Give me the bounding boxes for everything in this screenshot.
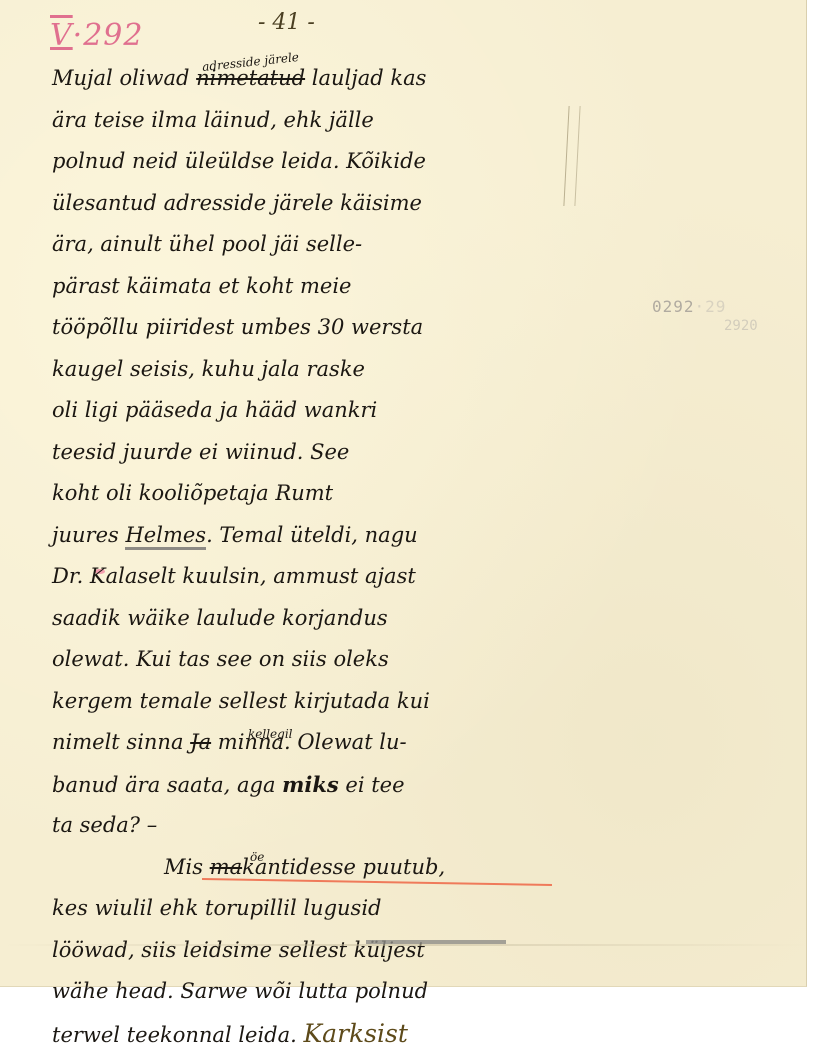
page-bottom-fold [0, 944, 806, 946]
text-line: ülesantud adresside järele käisime [52, 183, 572, 225]
text-line: banud ära saata, aga miks ei tee [52, 764, 572, 806]
text-line: ära, ainult ühel pool jäi selle- [52, 224, 572, 266]
interlinear-insertion: öe [250, 851, 264, 863]
text-line: oli ligi pääseda ja hääd wankri [52, 390, 572, 432]
text-line: kaugel seisis, kuhu jala raske [52, 349, 572, 391]
interlinear-insertion: kellegil [248, 728, 293, 740]
text-line: ära teise ilma läinud, ehk jälle [52, 100, 572, 142]
struck-word: Ja [190, 730, 211, 754]
stamp-number-faded: ·29 [695, 297, 727, 316]
text-line: pärast käimata et koht meie [52, 266, 572, 308]
text-line: adresside järele Mujal oliwad nimetatud … [52, 58, 572, 100]
line-text: nimelt sinna [52, 730, 190, 754]
archive-reference: V·292 [50, 18, 143, 53]
text-line: polnud neid üleüldse leida. Kõikide [52, 141, 572, 183]
line-text: ei tee [339, 773, 405, 797]
text-line: teesid juurde ei wiinud. See [52, 432, 572, 474]
handwritten-body: adresside järele Mujal oliwad nimetatud … [52, 58, 572, 1000]
archive-roman-numeral: V [50, 18, 73, 53]
text-line: tööpõllu piiridest umbes 30 wersta [52, 307, 572, 349]
archive-stamp: 0292·29 [652, 297, 726, 316]
text-line: juures Helmes. Temal üteldi, nagu [52, 515, 572, 557]
struck-word: ma [210, 855, 242, 879]
archive-stamp-secondary: 2920 [724, 318, 758, 334]
text-line: kes wiulil ehk torupillil lugusid [52, 888, 572, 930]
line-text: juures [52, 523, 125, 547]
page-number: - 41 - [258, 10, 315, 35]
line-text: kantidesse puutub, [242, 855, 445, 879]
text-line: öe Mis makantidesse puutub, [52, 847, 572, 889]
text-line: lööwad, siis leidsime sellest küljest [52, 930, 572, 972]
text-line: saadik wäike laulude korjandus [52, 598, 572, 640]
line-text: lauljad kas [305, 66, 426, 90]
text-line: kellegil nimelt sinna Ja minna. Olewat l… [52, 722, 572, 764]
emphasized-word: miks [282, 772, 339, 797]
line-text: minna. Olewat lu- [211, 730, 407, 754]
manuscript-page: V·292 - 41 - 0292·29 2920 adresside järe… [0, 0, 807, 987]
stamp-number: 0292 [652, 297, 695, 316]
text-line: olewat. Kui tas see on siis oleks [52, 639, 572, 681]
line-text: banud ära saata, aga [52, 773, 282, 797]
text-line: Dr. Kalaselt kuulsin, ammust ajast [52, 556, 572, 598]
text-line: koht oli kooliõpetaja Rumt [52, 473, 572, 515]
line-text: . Temal üteldi, nagu [206, 523, 418, 547]
underlined-place-name: Helmes [125, 523, 206, 550]
text-line: ta seda? – [52, 805, 572, 847]
text-line: wähe head. Sarwe wõi lutta polnud [52, 971, 572, 1000]
line-text: Mis [164, 855, 210, 879]
line-text: Mujal oliwad [52, 66, 196, 90]
text-line: kergem temale sellest kirjutada kui [52, 681, 572, 723]
archive-number: 292 [83, 18, 143, 53]
